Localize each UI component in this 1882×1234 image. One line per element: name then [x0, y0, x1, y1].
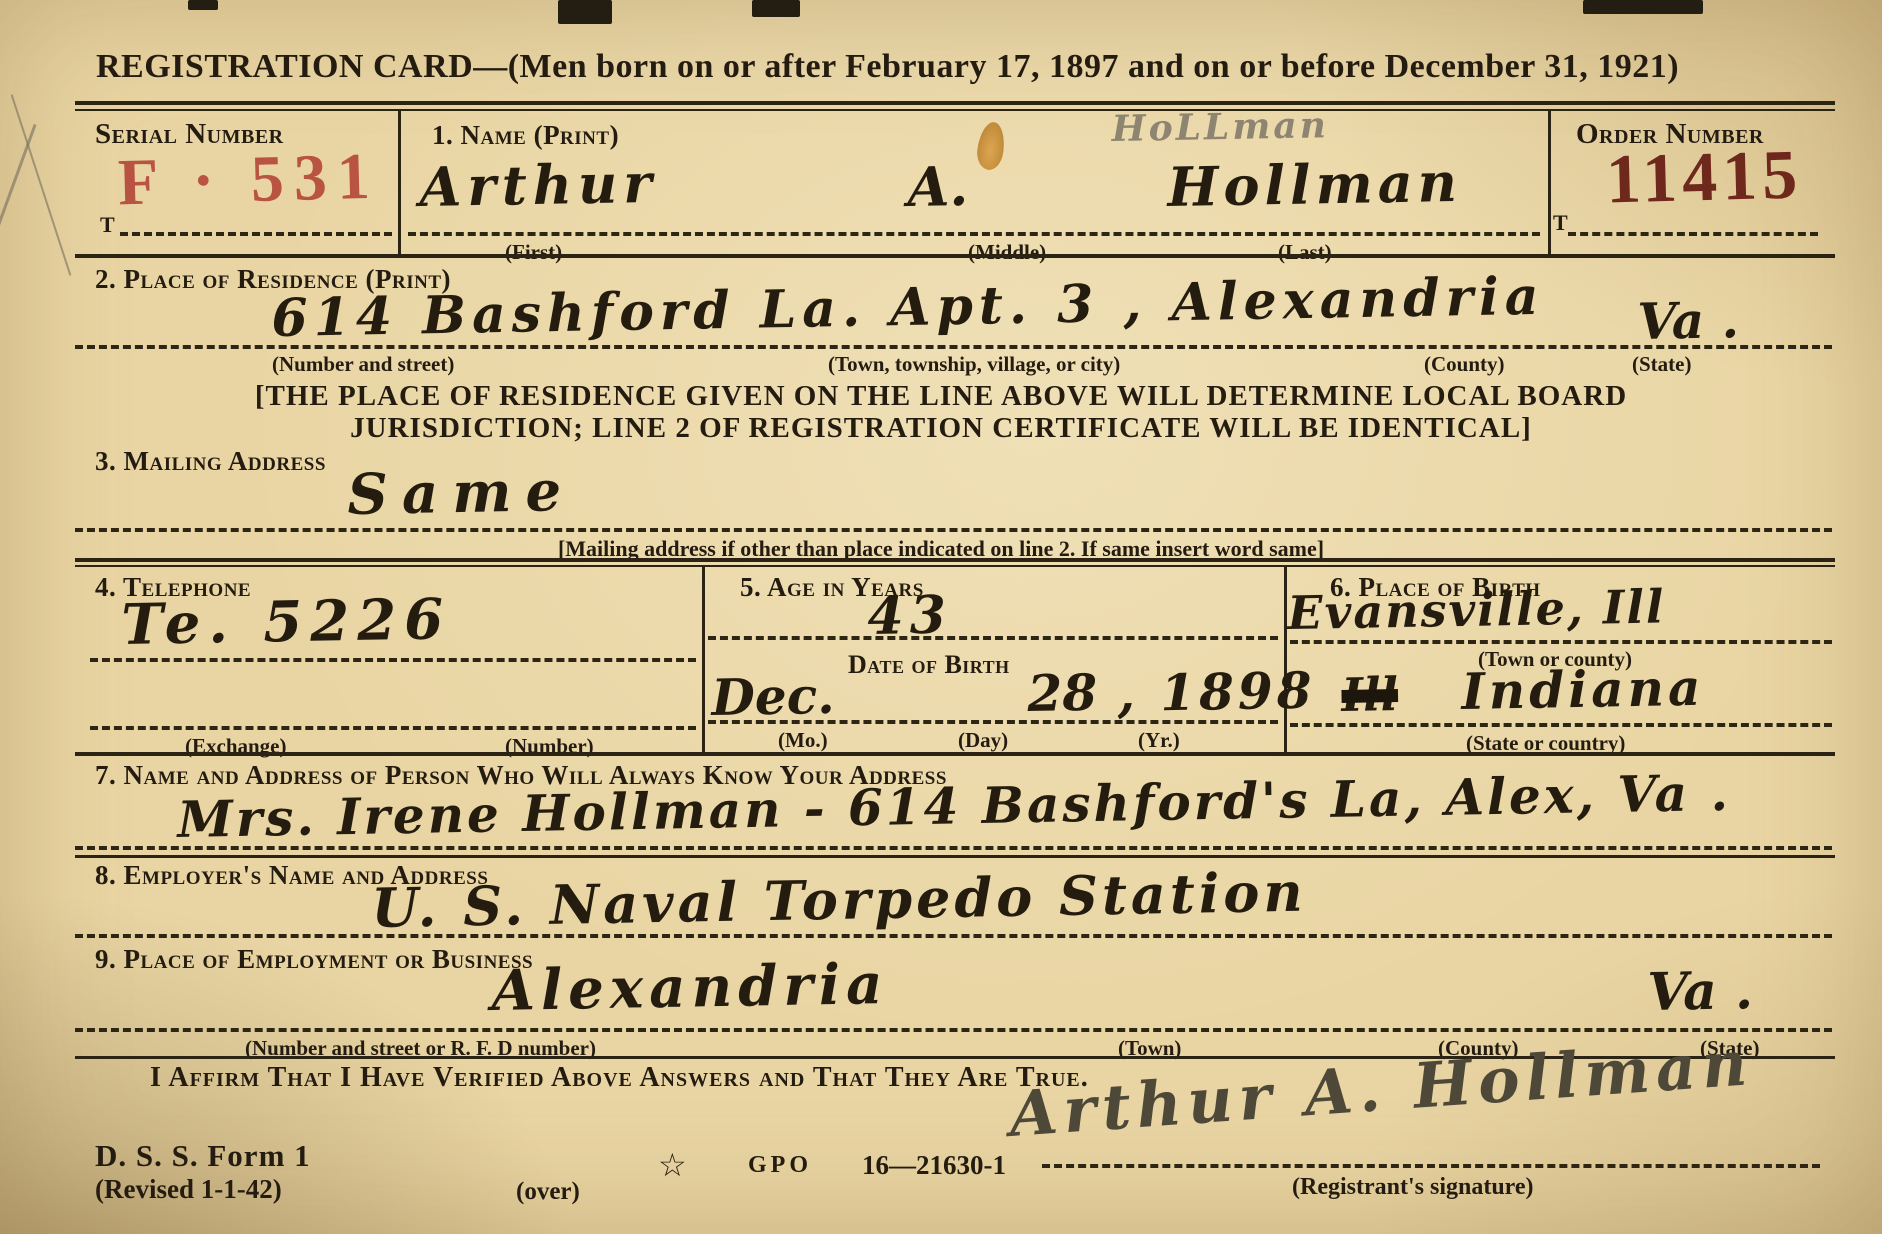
scan-artifact — [558, 0, 612, 24]
serial-line-prefix: T — [100, 212, 115, 238]
column-divider — [1548, 111, 1551, 255]
name-pencil-note: HoLLman — [1111, 104, 1329, 150]
star-icon: ☆ — [658, 1146, 687, 1184]
dotted-line — [708, 720, 1278, 724]
dob-year-value: , 1898 — [1117, 661, 1316, 723]
order-line-prefix: T — [1553, 210, 1568, 236]
form-revision: (Revised 1-1-42) — [95, 1174, 282, 1205]
dob-month-value: Dec. — [711, 666, 835, 727]
order-number-stamp: 11415 — [1605, 135, 1803, 220]
rule — [75, 109, 1835, 111]
date-of-birth-label: Date of Birth — [848, 650, 1010, 680]
residence-town-sub-label: (Town, township, village, or city) — [828, 352, 1120, 377]
residence-county-sub-label: (County) — [1424, 352, 1505, 377]
scan-artifact — [1583, 0, 1703, 14]
gpo-number: 16—21630-1 — [862, 1150, 1006, 1181]
mailing-address-value: Same — [347, 458, 576, 528]
column-divider — [702, 565, 705, 753]
dotted-line — [75, 528, 1832, 532]
dotted-line — [75, 934, 1832, 938]
residence-state-value: Va . — [1637, 290, 1739, 351]
column-divider — [398, 111, 401, 255]
dotted-line — [708, 636, 1278, 640]
mo-sub-label: (Mo.) — [778, 728, 828, 753]
birth-state-value: Indiana — [1461, 658, 1705, 721]
pencil-mark — [0, 124, 37, 266]
name-label: 1. Name (Print) — [432, 120, 619, 151]
day-sub-label: (Day) — [958, 728, 1008, 753]
employment-state-value: Va . — [1647, 960, 1754, 1023]
serial-number-stamp: F · 531 — [117, 139, 381, 222]
mailing-address-label: 3. Mailing Address — [95, 446, 326, 477]
affirmation-text: I Affirm That I Have Verified Above Answ… — [150, 1062, 1089, 1094]
pencil-mark — [11, 94, 72, 275]
dotted-line — [75, 846, 1832, 850]
rule — [75, 254, 1835, 258]
dotted-line — [1290, 723, 1832, 727]
over-note: (over) — [516, 1178, 580, 1206]
name-middle-value: A. — [907, 154, 969, 219]
middle-sub-label: (Middle) — [968, 240, 1046, 265]
dotted-line — [75, 1028, 1832, 1032]
dotted-line — [120, 232, 392, 236]
dotted-line — [1568, 232, 1818, 236]
rule — [75, 558, 1835, 562]
dotted-line — [90, 726, 696, 730]
jurisdiction-notice-line2: JURISDICTION; LINE 2 OF REGISTRATION CER… — [350, 412, 1532, 445]
birth-town-value: Evansville, Ill — [1287, 579, 1666, 640]
residence-street-sub-label: (Number and street) — [272, 352, 454, 377]
jurisdiction-notice-line1: [THE PLACE OF RESIDENCE GIVEN ON THE LIN… — [255, 380, 1627, 413]
employer-value: U. S. Naval Torpedo Station — [371, 860, 1307, 940]
rule — [75, 855, 1835, 858]
rule — [75, 752, 1835, 756]
registration-card: REGISTRATION CARD—(Men born on or after … — [0, 0, 1882, 1234]
dob-day-value: 28 — [1027, 663, 1098, 723]
last-sub-label: (Last) — [1278, 240, 1332, 265]
scan-artifact — [188, 0, 218, 10]
birth-state-scratched-value: Ill — [1341, 667, 1398, 722]
telephone-value: Te. 5226 — [121, 586, 452, 658]
name-first-value: Arthur — [419, 151, 658, 219]
card-title: REGISTRATION CARD—(Men born on or after … — [96, 48, 1679, 86]
name-last-value: Hollman — [1167, 150, 1463, 219]
gpo-label: GPO — [748, 1152, 812, 1179]
ink-blot — [975, 120, 1007, 171]
dotted-line — [75, 345, 1832, 349]
dotted-line — [90, 658, 696, 662]
rule — [75, 101, 1835, 105]
scan-artifact — [752, 0, 800, 17]
residence-value: 614 Bashford La. Apt. 3 , Alexandria — [271, 266, 1545, 349]
yr-sub-label: (Yr.) — [1138, 728, 1180, 753]
residence-state-sub-label: (State) — [1632, 352, 1691, 377]
dotted-line — [1290, 640, 1832, 644]
registrant-signature-sub-label: (Registrant's signature) — [1292, 1174, 1534, 1201]
dotted-line — [408, 232, 1540, 236]
first-sub-label: (First) — [505, 240, 562, 265]
dotted-line — [1042, 1164, 1820, 1168]
rule — [75, 565, 1835, 567]
employment-town-value: Alexandria — [491, 951, 889, 1024]
employment-label: 9. Place of Employment or Business — [95, 944, 533, 975]
form-number: D. S. S. Form 1 — [95, 1138, 311, 1174]
